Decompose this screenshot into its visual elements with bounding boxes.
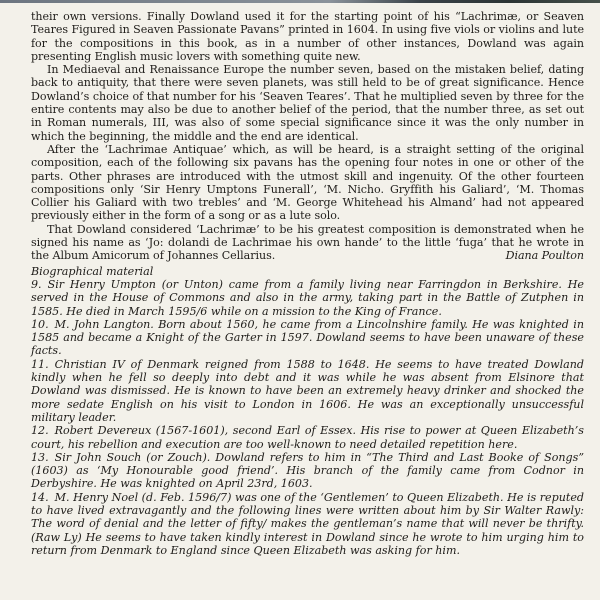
bio-text: Sir John Souch (or Zouch). Dowland refer…: [31, 451, 584, 491]
bio-number: 10.: [31, 318, 49, 331]
author-signature: Diana Poulton: [490, 249, 584, 262]
biographical-heading: Biographical material: [31, 265, 584, 278]
bio-text: M. Henry Noel (d. Feb. 1596/7) was one o…: [31, 491, 584, 557]
bio-text: M. John Langton. Born about 1560, he cam…: [31, 318, 584, 358]
bio-item-13: 13.Sir John Souch (or Zouch). Dowland re…: [31, 451, 584, 491]
essay-paragraph-1: their own versions. Finally Dowland used…: [31, 10, 584, 63]
bio-number: 11.: [31, 358, 49, 371]
bio-number: 13.: [31, 451, 49, 464]
bio-text: Robert Devereux (1567-1601), second Earl…: [31, 424, 584, 450]
bio-text: Sir Henry Umpton (or Unton) came from a …: [31, 278, 584, 318]
bio-number: 12.: [31, 424, 49, 437]
top-edge-strip: [0, 0, 600, 3]
essay-paragraph-2: In Mediaeval and Renaissance Europe the …: [31, 63, 584, 143]
bio-text: Christian IV of Denmark reigned from 158…: [31, 358, 584, 424]
bio-number: 9.: [31, 278, 42, 291]
essay-paragraph-3: After the ‘Lachrimae Antiquae’ which, as…: [31, 143, 584, 223]
essay-paragraph-4: That Dowland considered ‘Lachrimæ’ to be…: [31, 223, 584, 263]
liner-notes-page: their own versions. Finally Dowland used…: [31, 10, 584, 557]
bio-item-10: 10.M. John Langton. Born about 1560, he …: [31, 318, 584, 358]
bio-item-11: 11.Christian IV of Denmark reigned from …: [31, 358, 584, 424]
bio-item-12: 12.Robert Devereux (1567-1601), second E…: [31, 424, 584, 451]
bio-item-9: 9.Sir Henry Umpton (or Unton) came from …: [31, 278, 584, 318]
bio-item-14: 14.M. Henry Noel (d. Feb. 1596/7) was on…: [31, 491, 584, 557]
bio-number: 14.: [31, 491, 49, 504]
